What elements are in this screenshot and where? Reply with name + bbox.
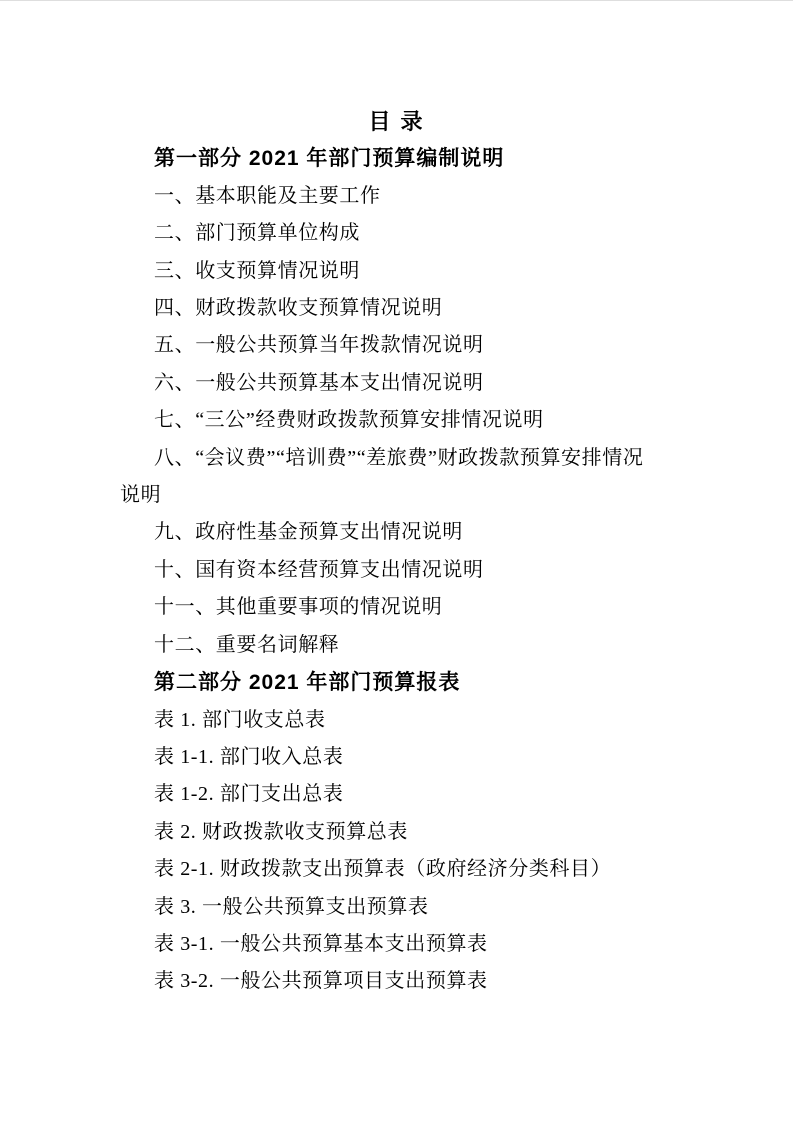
part2-item-table-1-2: 表 1-2. 部门支出总表	[120, 776, 693, 813]
part2-item-table-2: 表 2. 财政拨款收支预算总表	[120, 814, 693, 851]
part1-item-5: 五、一般公共预算当年拨款情况说明	[120, 327, 693, 364]
page-title: 目 录	[120, 103, 673, 140]
part2-item-table-3-2: 表 3-2. 一般公共预算项目支出预算表	[120, 963, 693, 1000]
part1-item-11: 十一、其他重要事项的情况说明	[120, 589, 693, 626]
part2-item-table-3-1: 表 3-1. 一般公共预算基本支出预算表	[120, 926, 693, 963]
part1-item-4: 四、财政拨款收支预算情况说明	[120, 290, 693, 327]
part2-item-table-3: 表 3. 一般公共预算支出预算表	[120, 889, 693, 926]
part1-item-8: 八、“会议费”“培训费”“差旅费”财政拨款预算安排情况	[120, 440, 693, 477]
part1-item-2: 二、部门预算单位构成	[120, 215, 693, 252]
part1-item-8-continuation: 说明	[120, 477, 693, 514]
part1-heading: 第一部分 2021 年部门预算编制说明	[120, 140, 693, 177]
part1-item-1: 一、基本职能及主要工作	[120, 178, 693, 215]
part1-item-3: 三、收支预算情况说明	[120, 253, 693, 290]
part1-item-6: 六、一般公共预算基本支出情况说明	[120, 365, 693, 402]
part1-item-7: 七、“三公”经费财政拨款预算安排情况说明	[120, 402, 693, 439]
part2-item-table-1-1: 表 1-1. 部门收入总表	[120, 739, 693, 776]
part1-item-10: 十、国有资本经营预算支出情况说明	[120, 552, 693, 589]
document-page: 目 录 第一部分 2021 年部门预算编制说明 一、基本职能及主要工作 二、部门…	[0, 0, 793, 1122]
part1-item-12: 十二、重要名词解释	[120, 627, 693, 664]
part2-item-table-1: 表 1. 部门收支总表	[120, 702, 693, 739]
part2-heading: 第二部分 2021 年部门预算报表	[120, 664, 693, 701]
part2-item-table-2-1: 表 2-1. 财政拨款支出预算表（政府经济分类科目）	[120, 851, 693, 888]
part1-item-9: 九、政府性基金预算支出情况说明	[120, 514, 693, 551]
